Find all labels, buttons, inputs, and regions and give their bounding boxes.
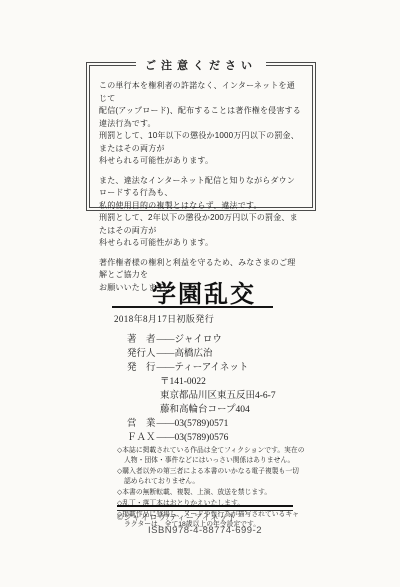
legal-note-fiction: ◇本誌に掲載されている作品は全てフィクションです。実在の人物・団体・事件などには… <box>117 446 305 466</box>
fax-label: ＦＡＸ <box>127 433 156 443</box>
publisher-person-value: 高橋広治 <box>175 349 213 359</box>
notice-paragraph-upload-warning: この単行本を権利者の許諾なく、インターネットを通じて 配信(アップロード)、配布… <box>99 80 303 168</box>
postal-code: 〒141-0022 <box>127 375 327 389</box>
dash: —— <box>157 433 174 443</box>
notice-title: ご注意ください <box>136 57 266 73</box>
publisher-value: ティーアイネット <box>175 363 249 373</box>
dash: —— <box>157 335 174 345</box>
copyright-notice-box: ご注意ください この単行本を権利者の許諾なく、インターネットを通じて 配信(アッ… <box>86 62 316 211</box>
sales-phone: 03(5789)0571 <box>175 419 229 429</box>
address-line: 東京都品川区東五反田4-6-7 <box>127 389 327 403</box>
author-row: 著 者——ジャイロウ <box>127 333 327 347</box>
legal-note-electronic-copy: ◇購入者以外の第三者による本書のいかなる電子複製も一切認められておりません。 <box>117 467 305 487</box>
author-label: 著 者 <box>127 335 156 345</box>
sales-label: 営 業 <box>127 419 156 429</box>
author-value: ジャイロウ <box>175 335 222 345</box>
colophon-page: ご注意ください この単行本を権利者の許諾なく、インターネットを通じて 配信(アッ… <box>0 0 400 587</box>
footer-divider <box>117 505 293 511</box>
publisher-row: 発 行——ティーアイネット <box>127 361 327 375</box>
sales-phone-row: 営 業——03(5789)0571 <box>127 417 327 431</box>
publisher-person-label: 発行人 <box>127 349 156 359</box>
publisher-person-row: 発行人——高橋広治 <box>127 347 327 361</box>
publisher-label: 発 行 <box>127 363 156 373</box>
title-divider <box>112 306 273 308</box>
dash: —— <box>157 349 174 359</box>
fax-number: 03(5789)0576 <box>175 433 229 443</box>
copyright-line: ©ジャイロウ/ティーアイネット <box>117 512 236 523</box>
dash: —— <box>157 419 174 429</box>
legal-note-reproduction: ◇本書の無断転載、複製、上演、放送を禁じます。 <box>117 488 305 498</box>
edition-date: 2018年8月17日初版発行 <box>114 312 214 325</box>
notice-paragraph-download-warning: また、違法なインターネット配信と知りながらダウンロードする行為も、 私的使用目的… <box>99 175 303 250</box>
book-title: 学園乱交 <box>152 274 256 309</box>
isbn-number: ISBN978-4-88774-699-2 <box>117 525 293 536</box>
fax-row: ＦＡＸ——03(5789)0576 <box>127 431 327 445</box>
publication-info: 著 者——ジャイロウ 発行人——高橋広治 発 行——ティーアイネット 〒141-… <box>127 333 327 445</box>
dash: —— <box>157 363 174 373</box>
address-line: 藤和高輪台コープ404 <box>127 403 327 417</box>
